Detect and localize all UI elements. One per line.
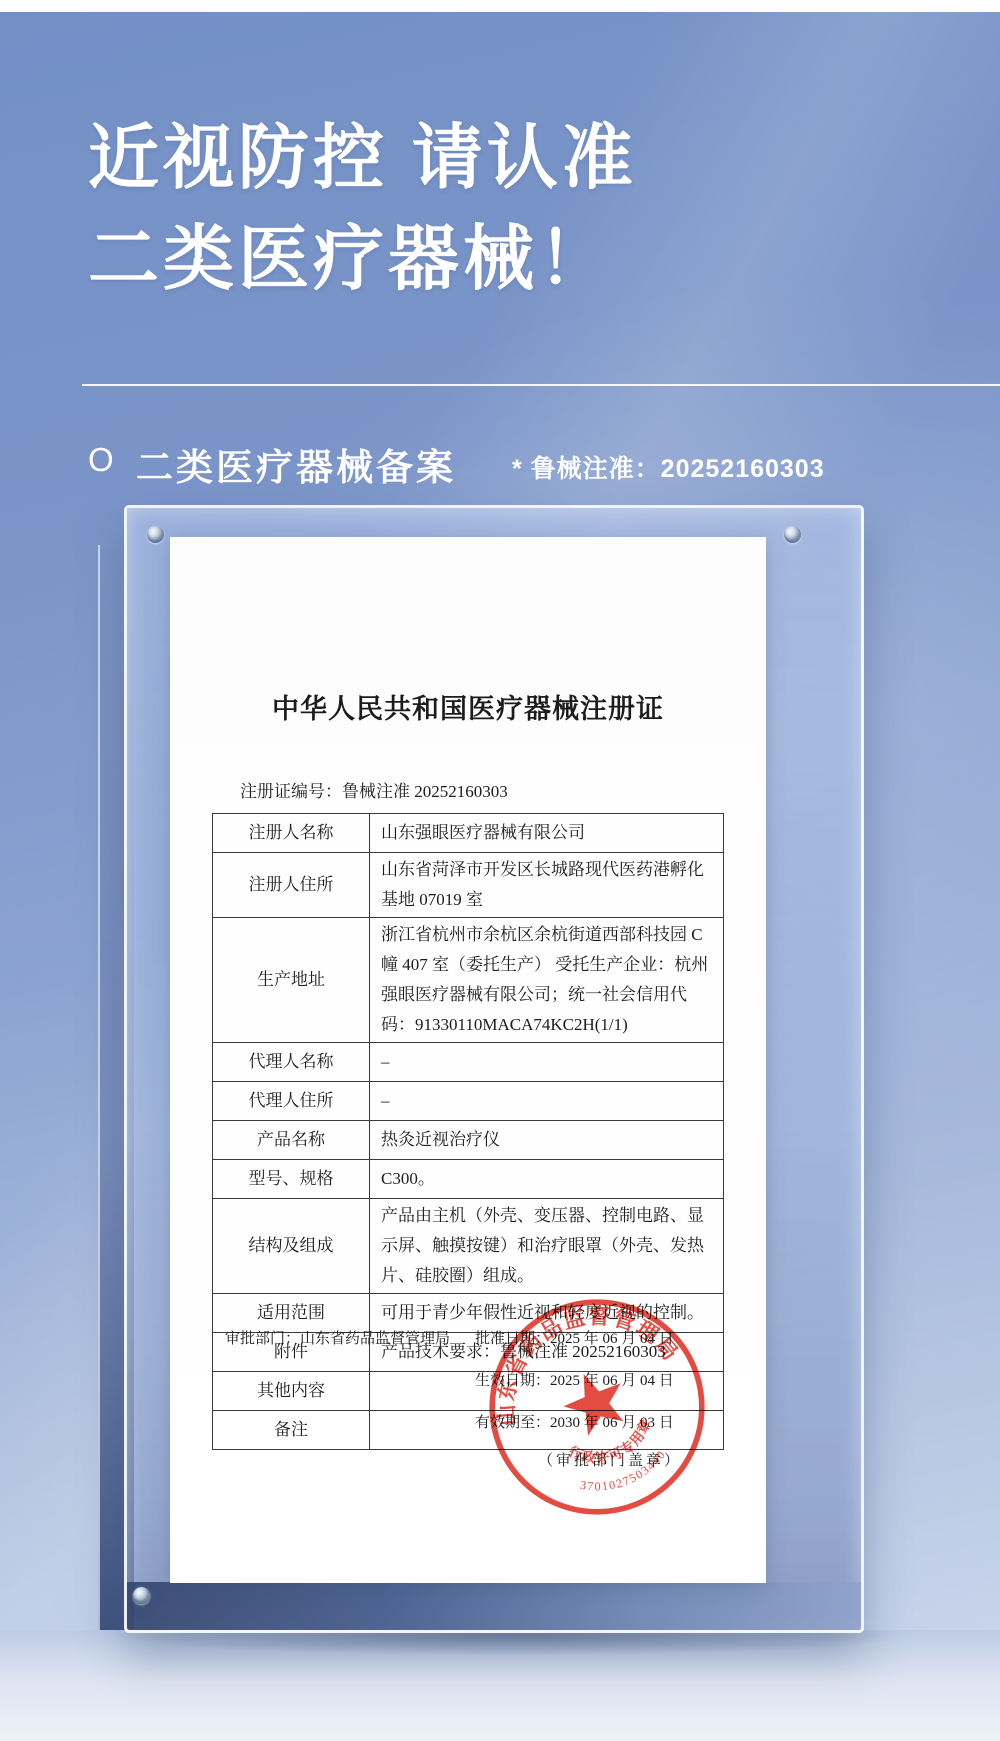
certificate-document: 中华人民共和国医疗器械注册证 注册证编号：鲁械注准 20252160303 注册… (170, 537, 766, 1583)
row-label: 代理人名称 (213, 1043, 370, 1082)
badge-circle-marker: O (88, 441, 114, 479)
star-icon (555, 1362, 634, 1440)
table-row: 注册人名称 山东强眼医疗器械有限公司 (213, 814, 724, 853)
row-label: 结构及组成 (213, 1199, 370, 1294)
table-row: 型号、规格 C300。 (213, 1160, 724, 1199)
row-value: C300。 (370, 1160, 724, 1199)
row-label: 其他内容 (213, 1372, 370, 1411)
row-label: 注册人名称 (213, 814, 370, 853)
screw-icon (147, 526, 164, 543)
row-label: 生产地址 (213, 918, 370, 1043)
table-row: 代理人住所 – (213, 1082, 724, 1121)
official-seal: 山东省药品监督管理局 行政许可专用章 3701027503440 (480, 1290, 714, 1524)
row-label: 备注 (213, 1411, 370, 1450)
row-value: 浙江省杭州市余杭区余杭街道西部科技园 C 幢 407 室（委托生产） 受托生产企… (370, 918, 724, 1043)
table-row: 代理人名称 – (213, 1043, 724, 1082)
top-white-strip (0, 0, 1000, 12)
table-row: 注册人住所 山东省菏泽市开发区长城路现代医药港孵化基地 07019 室 (213, 853, 724, 918)
row-value: 产品由主机（外壳、变压器、控制电路、显示屏、触摸按键）和治疗眼罩（外壳、发热片、… (370, 1199, 724, 1294)
certificate-number-line: 注册证编号：鲁械注准 20252160303 (240, 777, 508, 802)
headline-line-2: 二类医疗器械！ (88, 209, 637, 310)
frame-bottom-edge (127, 1582, 861, 1630)
registration-number-note: * 鲁械注准：20252160303 (512, 449, 825, 485)
screw-icon (133, 1587, 150, 1604)
badge-label: 二类医疗器械备案 (136, 437, 456, 491)
screw-icon (784, 526, 801, 543)
approval-department: 审批部门：山东省药品监督管理局 (225, 1327, 450, 1348)
headline-line-1: 近视防控 请认准 (88, 108, 637, 209)
row-value: 山东强眼医疗器械有限公司 (370, 814, 724, 853)
row-label: 注册人住所 (213, 853, 370, 918)
row-label: 型号、规格 (213, 1160, 370, 1199)
row-label: 产品名称 (213, 1121, 370, 1160)
horizontal-divider (82, 384, 1000, 386)
row-value: 热灸近视治疗仪 (370, 1121, 724, 1160)
row-value: – (370, 1043, 724, 1082)
seal-graphic: 山东省药品监督管理局 行政许可专用章 3701027503440 (480, 1290, 714, 1524)
row-label: 代理人住所 (213, 1082, 370, 1121)
poster-headline: 近视防控 请认准 二类医疗器械！ (88, 108, 637, 310)
row-value: 山东省菏泽市开发区长城路现代医药港孵化基地 07019 室 (370, 853, 724, 918)
certificate-title: 中华人民共和国医疗器械注册证 (170, 687, 766, 726)
row-value: – (370, 1082, 724, 1121)
table-row: 生产地址 浙江省杭州市余杭区余杭街道西部科技园 C 幢 407 室（委托生产） … (213, 918, 724, 1043)
table-row: 结构及组成 产品由主机（外壳、变压器、控制电路、显示屏、触摸按键）和治疗眼罩（外… (213, 1199, 724, 1294)
table-row: 产品名称 热灸近视治疗仪 (213, 1121, 724, 1160)
